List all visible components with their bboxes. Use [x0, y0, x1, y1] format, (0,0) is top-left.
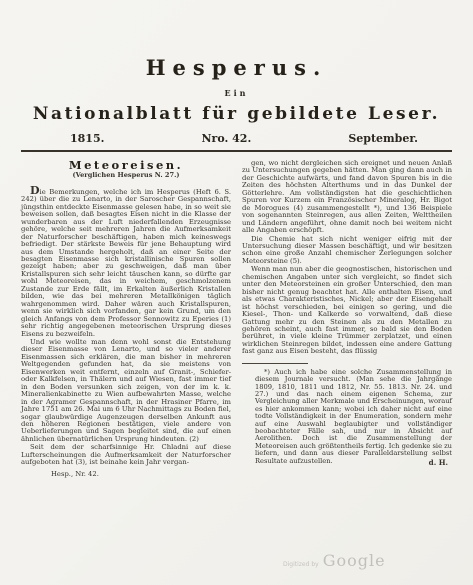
right-paragraph-3: Wenn man nun aber die geognostischen, hi… [242, 266, 452, 355]
masthead: Hesperus. Ein Nationalblatt für gebildet… [0, 0, 473, 145]
journal-subtitle-ein: Ein [0, 88, 473, 98]
right-column: gen, wo nicht dergleichen sich ereignet … [242, 160, 452, 478]
left-paragraph-3: Seit dem der scharfsinnige Hr. Chladni a… [21, 444, 231, 466]
footnote-divider [242, 363, 308, 364]
dateline-issue: Nro. 42. [201, 132, 251, 145]
left-paragraph-1: Die Bemerkungen, welche ich im Hesperus … [21, 187, 231, 338]
dateline: 1815. Nro. 42. September. [0, 124, 473, 145]
left-paragraph-2: Und wie wollte man denn wohl sonst die E… [21, 339, 231, 443]
article-subheading: (Verglichen Hesperus N. 27.) [21, 172, 231, 179]
right-paragraph-2: Die Chemie hat sich nicht weniger eifrig… [242, 236, 452, 266]
journal-subtitle: Nationalblatt für gebildete Leser. [0, 104, 473, 124]
left-column: Meteoreisen. (Verglichen Hesperus N. 27.… [21, 160, 231, 478]
google-watermark: Digitized by Google [283, 551, 386, 570]
right-paragraph-1: gen, wo nicht dergleichen sich ereignet … [242, 160, 452, 235]
catchword: Hesp., Nr. 42. [51, 471, 231, 478]
journal-title: Hesperus. [0, 53, 473, 83]
watermark-prefix: Digitized by [283, 561, 319, 568]
footnote-text: *) Auch ich habe eine solche Zusammenste… [242, 369, 452, 465]
article-body: Meteoreisen. (Verglichen Hesperus N. 27.… [0, 152, 473, 478]
dateline-year: 1815. [70, 132, 104, 145]
google-logo: Google [323, 551, 386, 570]
article-heading: Meteoreisen. [21, 162, 231, 169]
dateline-month: September. [348, 132, 418, 145]
